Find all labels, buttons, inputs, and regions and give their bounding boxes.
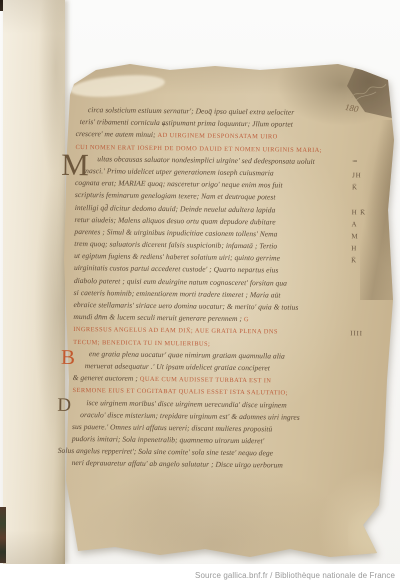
- line-segment: isce uirginem moribus' disce uirginem ue…: [86, 398, 287, 409]
- line-segment: crescere' me autem minui;: [76, 129, 158, 139]
- line-segment: neri deprauaretur affatu' ab angelo salu…: [72, 458, 283, 470]
- line-segment: ultas obcausas saluator nondesimplici ui…: [97, 154, 315, 166]
- line-segment: cognata erat; MARIAE quoq; nasceretur or…: [75, 178, 283, 190]
- margin-annotation: JH: [352, 169, 362, 181]
- line-segment: QUAE CUM AUDISSET TURBATA EST IN: [140, 376, 272, 385]
- flyleaf-page-edge: [3, 0, 65, 564]
- line-segment: CUI NOMEN ERAT IOSEPH DE DOMO DAUID ET N…: [75, 144, 322, 154]
- interlinear-cross-mark: +: [162, 122, 166, 129]
- decorated-initial: D: [57, 396, 71, 415]
- binding-edge-bottom: [0, 507, 6, 563]
- decorated-initial: B: [61, 347, 75, 368]
- margin-annotation: H K̄: [352, 206, 366, 218]
- line-segment: sus pauere.' Omnes uiri affatus uereri; …: [72, 422, 272, 433]
- watermark-bar: Source gallica.bnf.fr / Bibliothèque nat…: [0, 564, 400, 586]
- line-segment: Solus angelus repperiret'; Sola sine com…: [58, 446, 273, 458]
- line-segment: uirginitatis custos partui accederet cus…: [74, 263, 279, 274]
- line-segment: circa solsticium estiuum sernatur'; Deoq…: [88, 105, 294, 117]
- line-segment: pudoris imitari; Sola inpenetralib; quam…: [72, 434, 265, 445]
- line-segment: parentes ; Simul & uirginibus inpudiciti…: [74, 227, 277, 238]
- line-segment: trem quoq; saluatoris dicerent falsis su…: [74, 239, 277, 250]
- right-edge-fold: [360, 120, 400, 300]
- line-segment: oraculo' disce misterium; trepidare uirg…: [80, 410, 300, 422]
- line-segment: scripturis feminarum genelogiam texere; …: [75, 190, 276, 201]
- text-lines: circa solsticium estiuum sernatur'; Deoq…: [72, 104, 354, 473]
- margin-annotation: IIII: [350, 328, 363, 340]
- text-column: circa solsticium estiuum sernatur'; Deoq…: [72, 104, 354, 473]
- decorated-initial: M: [61, 149, 89, 180]
- line-segment: & generet auctorem ;: [73, 373, 140, 383]
- line-segment: diabolo pateret ; quisi eum deuirgine na…: [74, 276, 287, 288]
- line-segment: intelligi qd̄ dicitur dedomo dauid; Dein…: [75, 202, 276, 213]
- line-segment: nasci.' Primo uidelicet utper generation…: [85, 166, 274, 177]
- line-segment: G: [244, 316, 249, 323]
- line-segment: teris' tribamenti cornicula astipumant p…: [80, 117, 293, 129]
- line-segment: ene gratia plena uocatur' quae nimirum g…: [89, 349, 285, 360]
- line-segment: retur aiudeis; Malens aliquos desuo ortu…: [75, 215, 276, 226]
- bottom-right-worn-patch: [348, 510, 400, 560]
- watermark-source-label: Source gallica.bnf.fr / Bibliothèque nat…: [195, 571, 400, 580]
- line-segment: AD UIRGINEM DESPONSATAM UIRO: [157, 132, 277, 140]
- margin-annotation: M: [351, 230, 358, 242]
- top-left-fold-highlight: [69, 72, 165, 100]
- line-segment: si caeteris hominib; eminentiorem morti …: [74, 288, 281, 300]
- line-segment: mundi dn̄m & lucem seculi meruit generar…: [73, 312, 244, 323]
- line-segment: INGRESSUS ANGELUS AD EAM DIX̄; AUE GRATI…: [73, 326, 278, 335]
- line-segment: meruerat adsequatur .' Ut ipsam uidelice…: [85, 361, 270, 372]
- line-segment: ebraice stellamaris' siriace uero domina…: [73, 300, 298, 312]
- manuscript-photo: 180 circa solsticium estiuum sernatur'; …: [0, 0, 400, 586]
- line-segment: ut egiptum fugiens & rediens' haberet so…: [74, 251, 280, 263]
- line-segment: TECUM; BENEDICTA TU IN MULIERIBUS;: [73, 339, 210, 348]
- line-segment: SERMONE EIUS ET COGITABAT QUALIS ESSET I…: [72, 387, 287, 397]
